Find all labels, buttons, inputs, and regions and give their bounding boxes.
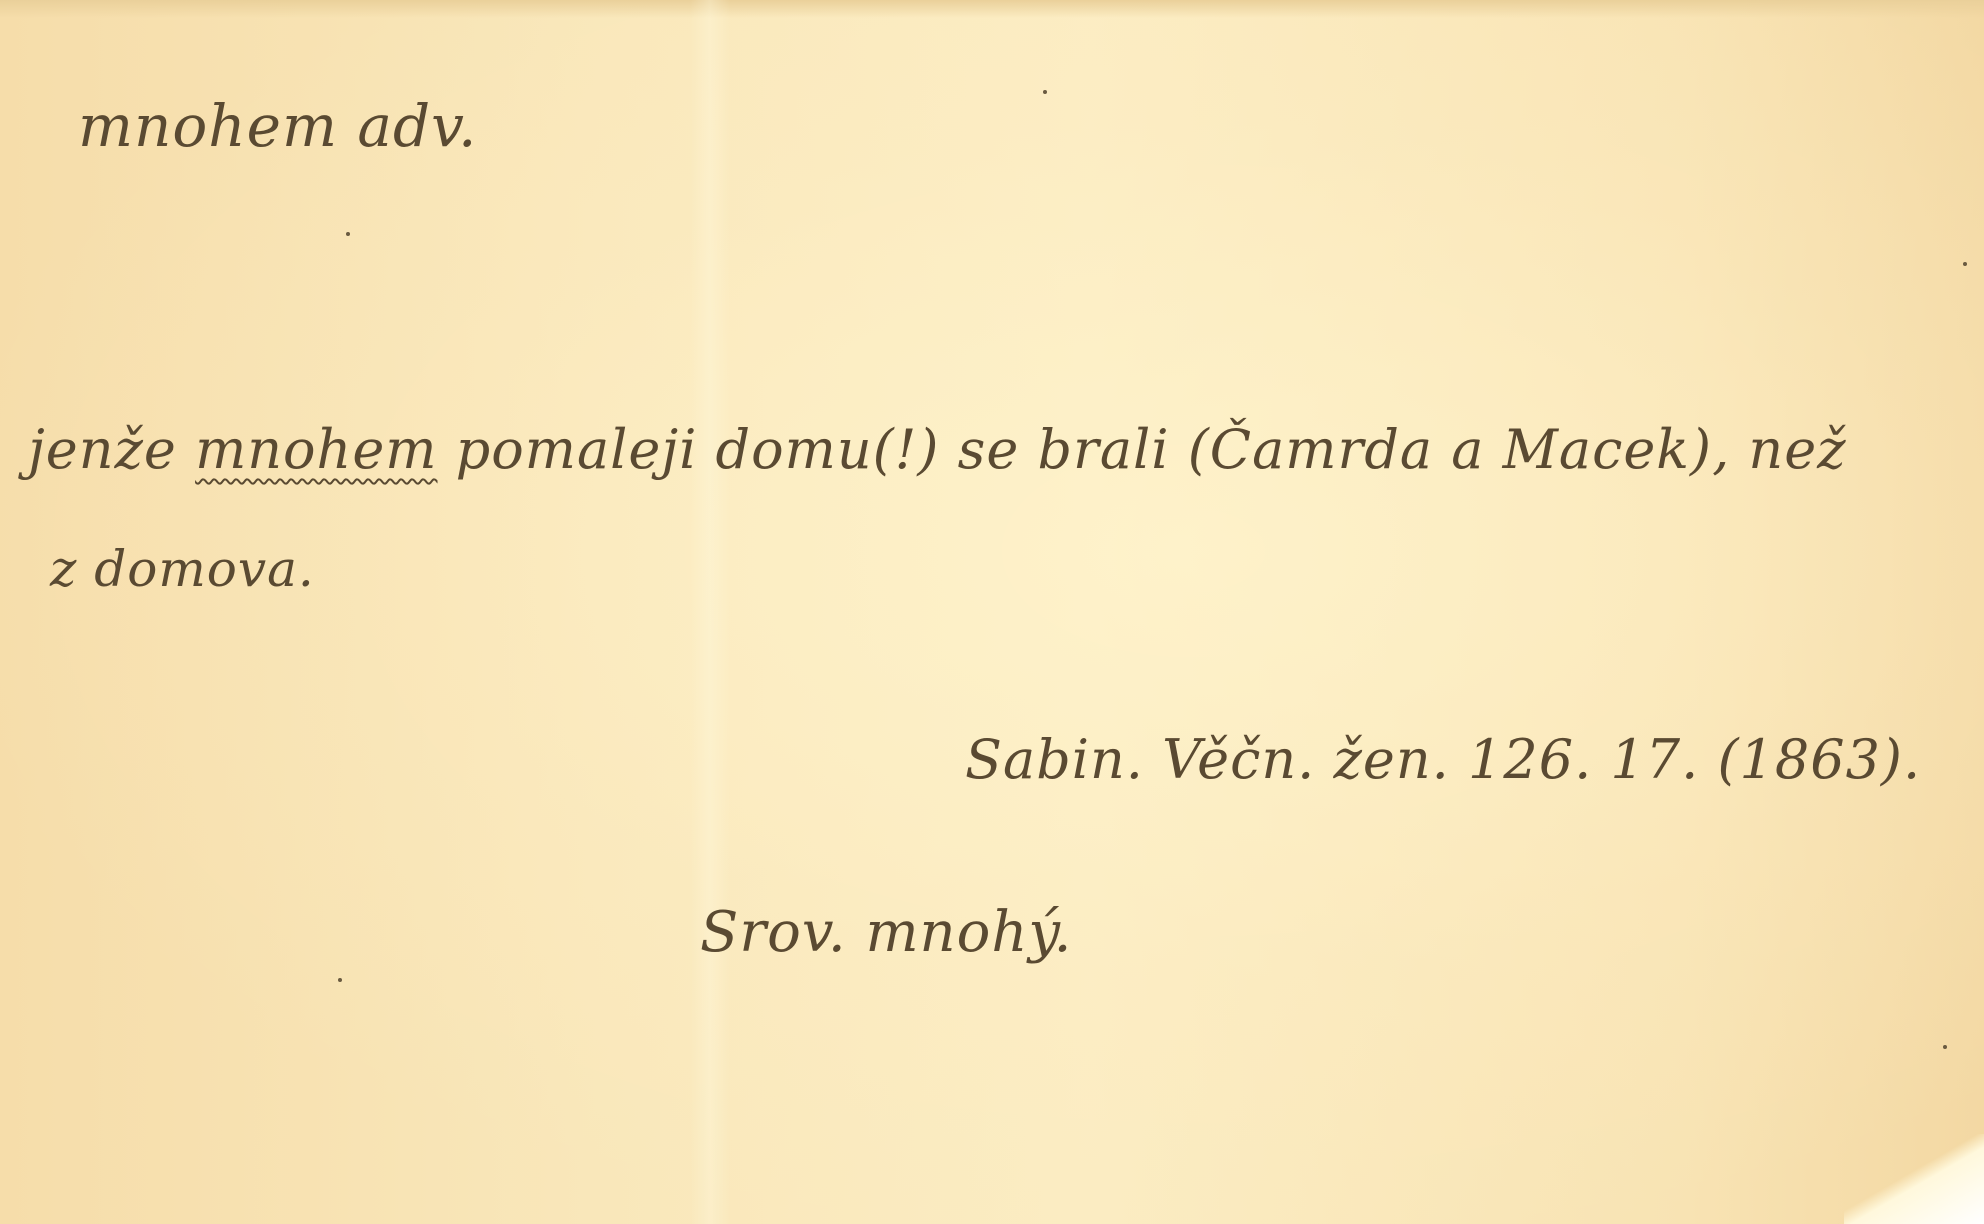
paper-fold-line	[690, 0, 730, 1224]
ink-speck	[338, 978, 342, 982]
ink-speck	[1943, 1045, 1947, 1049]
cross-reference-target: mnohý.	[865, 900, 1072, 965]
ink-speck	[1043, 90, 1047, 94]
card-corner	[1844, 1134, 1984, 1224]
dictionary-card: mnohem adv. jenže mnohem pomaleji domu(!…	[0, 0, 1984, 1224]
cross-reference: Srov. mnohý.	[700, 900, 1072, 965]
card-top-edge	[0, 0, 1984, 18]
ink-speck	[346, 232, 350, 236]
part-of-speech: adv.	[357, 92, 477, 160]
headword: mnohem	[78, 92, 338, 160]
quotation-before: jenže	[28, 418, 195, 481]
headword-line: mnohem adv.	[78, 92, 477, 160]
quotation-highlighted-word: mnohem	[195, 418, 437, 481]
quotation-after: pomaleji domu(!) se brali (Čamrda a Mace…	[438, 418, 1847, 481]
cross-reference-label: Srov.	[700, 900, 847, 965]
quotation-line-1: jenže mnohem pomaleji domu(!) se brali (…	[28, 418, 1847, 481]
ink-speck	[1963, 262, 1967, 266]
source-citation: Sabin. Věčn. žen. 126. 17. (1863).	[965, 728, 1921, 791]
quotation-line-2: z domova.	[50, 540, 315, 598]
